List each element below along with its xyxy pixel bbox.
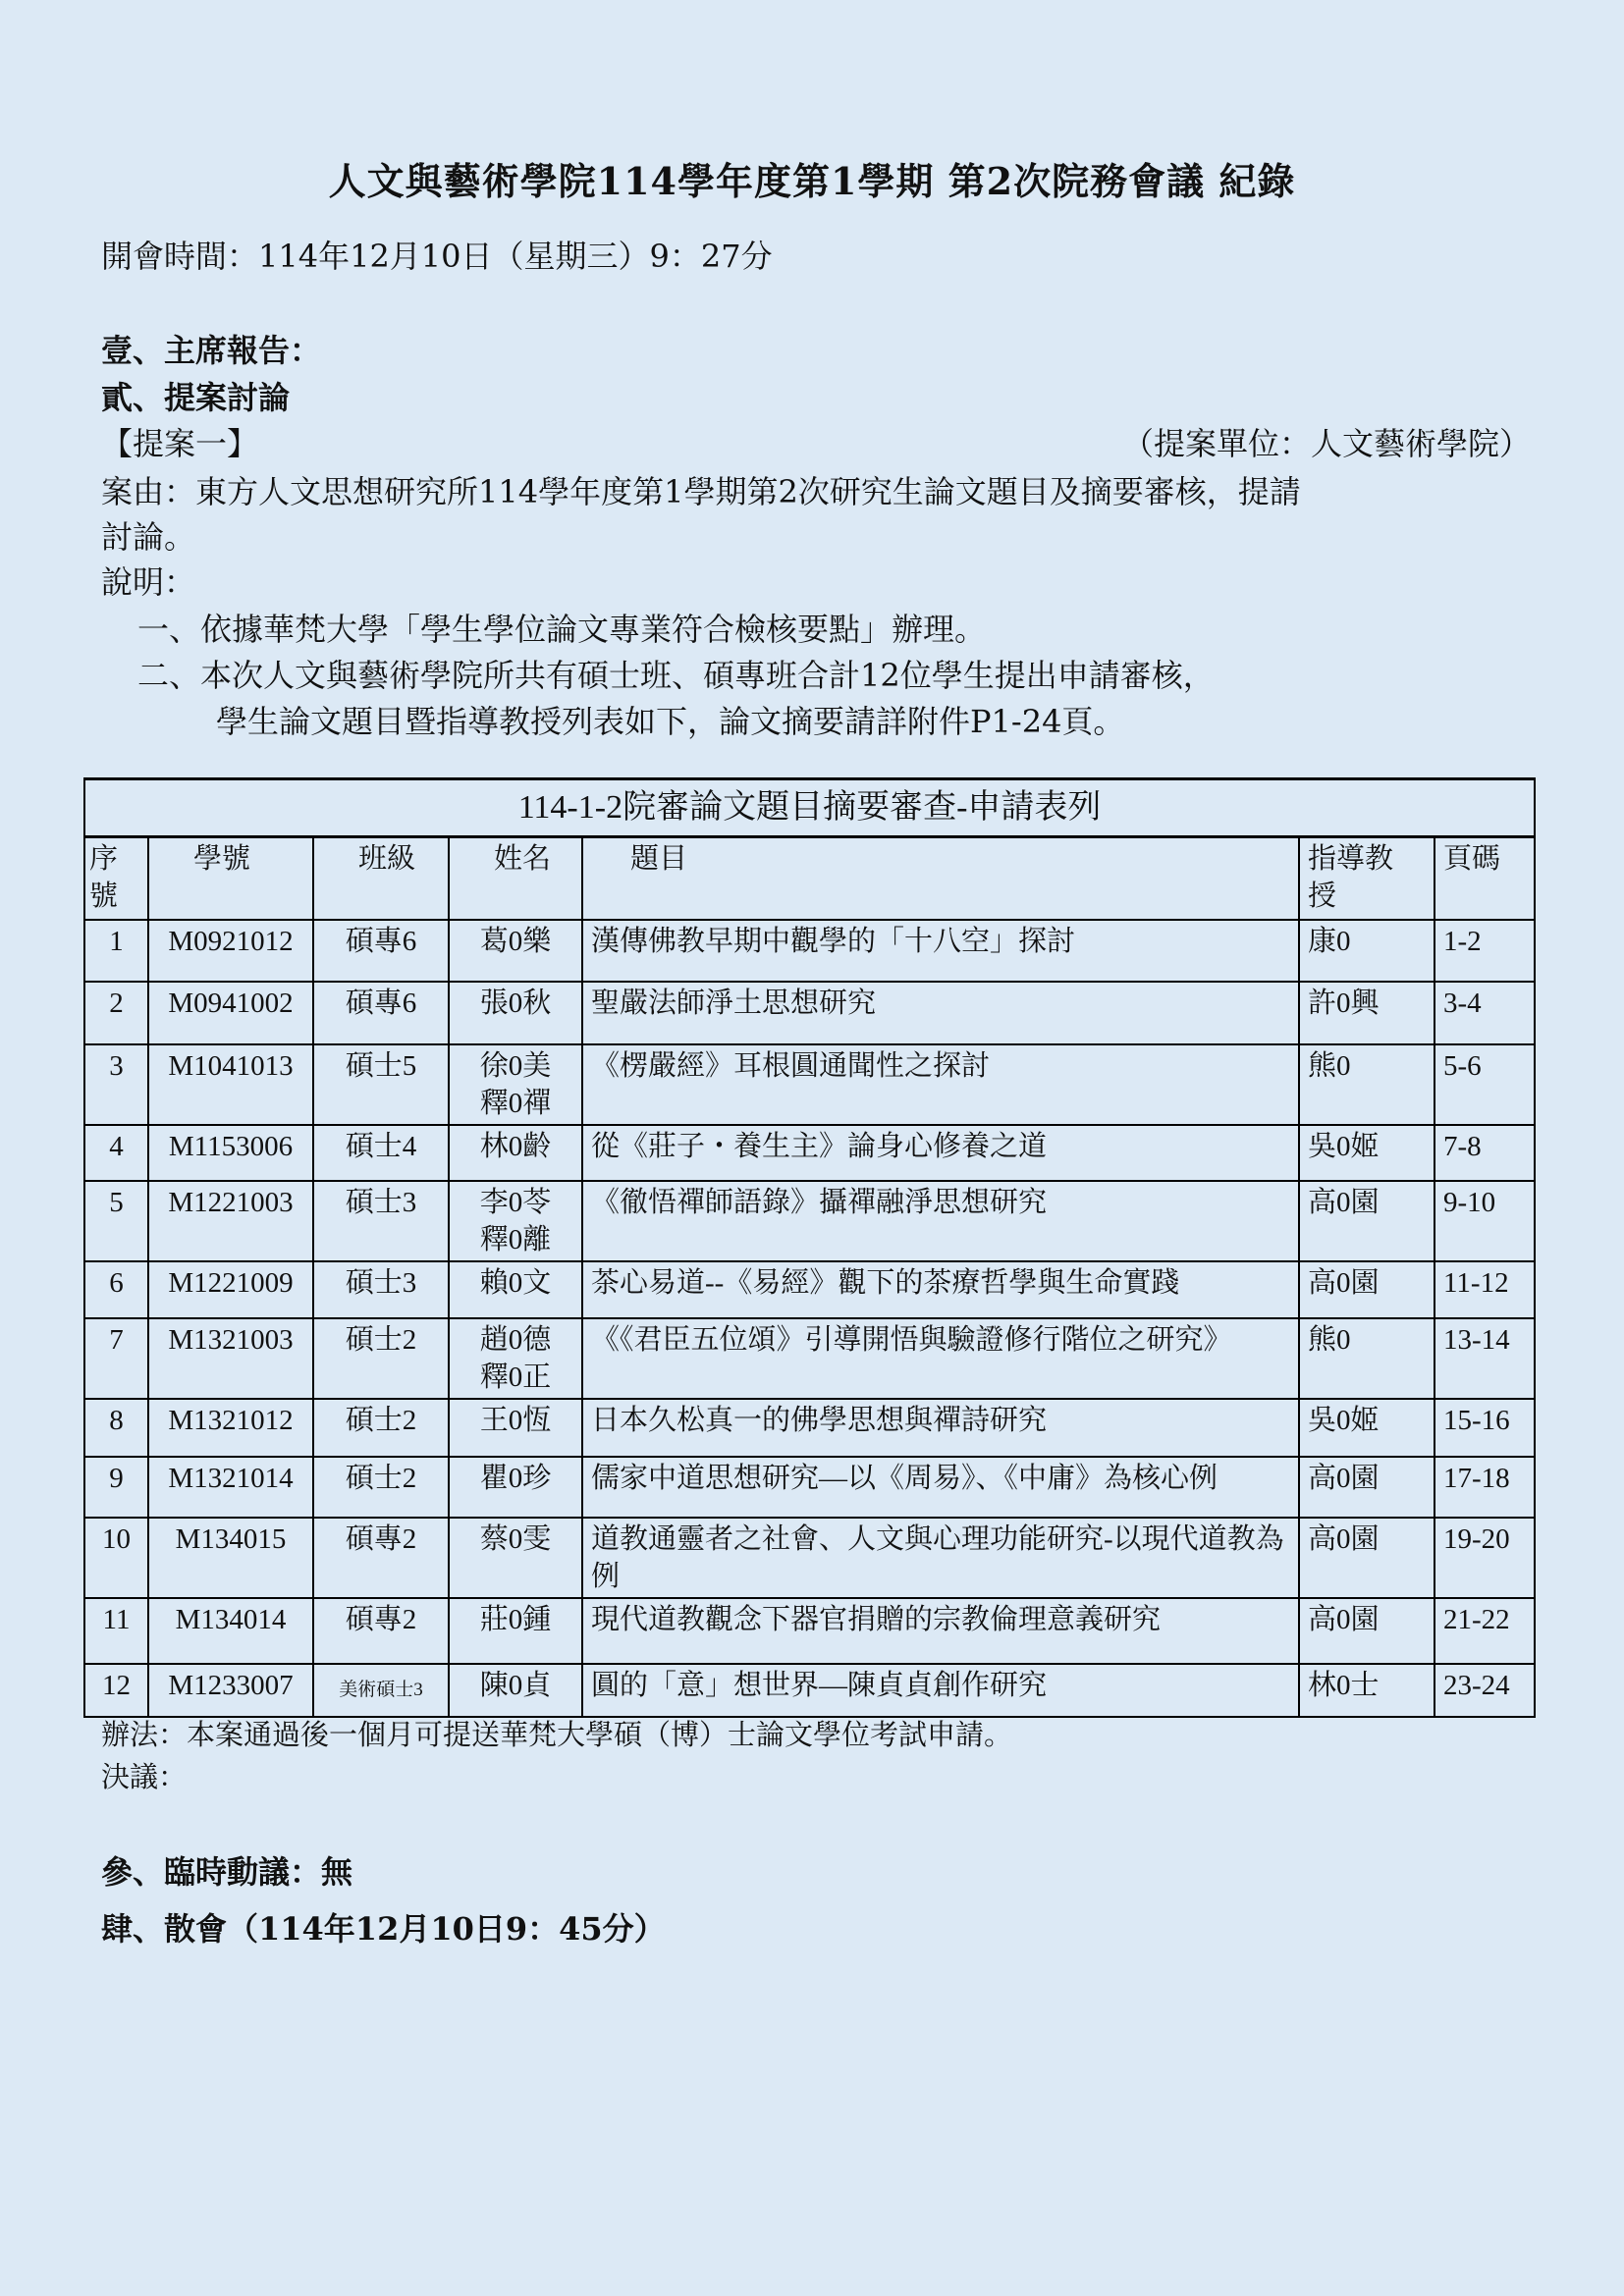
- row-advisor: 高0園: [1299, 1518, 1435, 1598]
- row-student-id: M134015: [148, 1518, 313, 1598]
- row-pages: 3-4: [1435, 982, 1535, 1044]
- row-class: 碩士3: [313, 1261, 449, 1318]
- row-topic: 《徹悟禪師語錄》攝禪融淨思想研究: [582, 1181, 1299, 1261]
- row-topic: 道教通靈者之社會、人文與心理功能研究-以現代道教為例: [582, 1518, 1299, 1598]
- row-student-id: M1321014: [148, 1457, 313, 1518]
- row-name: 蔡0雯: [449, 1518, 582, 1598]
- row-name: 賴0文: [449, 1261, 582, 1318]
- row-no: 2: [84, 982, 148, 1044]
- row-name: 王0恆: [449, 1399, 582, 1457]
- section-proposals: 貳、提案討論: [101, 373, 290, 418]
- table-row: 6M1221009碩士3賴0文茶心易道--《易經》觀下的茶療哲學與生命實踐高0園…: [84, 1261, 1535, 1318]
- row-student-id: M0941002: [148, 982, 313, 1044]
- explanation-item-2-cont: 學生論文題目暨指導教授列表如下，論文摘要請詳附件P1-24頁。: [216, 697, 1124, 742]
- method-text: 辦法：本案通過後一個月可提送華梵大學碩（博）士論文學位考試申請。: [101, 1713, 1012, 1753]
- row-advisor: 高0園: [1299, 1457, 1435, 1518]
- row-no: 4: [84, 1125, 148, 1181]
- row-pages: 1-2: [1435, 920, 1535, 982]
- row-pages: 23-24: [1435, 1664, 1535, 1717]
- table-row: 12M1233007美術碩士3陳0貞圓的「意」想世界—陳貞貞創作研究林0士23-…: [84, 1664, 1535, 1717]
- resolution-text: 決議：: [101, 1755, 187, 1795]
- table-row: 5M1221003碩士3李0苓釋0離《徹悟禪師語錄》攝禪融淨思想研究高0園9-1…: [84, 1181, 1535, 1261]
- row-topic: 現代道教觀念下器官捐贈的宗教倫理意義研究: [582, 1598, 1299, 1664]
- row-class: 美術碩士3: [313, 1664, 449, 1717]
- student-name: 趙0德: [458, 1321, 573, 1359]
- row-no: 11: [84, 1598, 148, 1664]
- row-student-id: M1321012: [148, 1399, 313, 1457]
- row-student-id: M1221009: [148, 1261, 313, 1318]
- row-topic: 漢傳佛教早期中觀學的「十八空」探討: [582, 920, 1299, 982]
- student-name: 葛0樂: [458, 923, 573, 960]
- row-class: 碩專6: [313, 982, 449, 1044]
- row-pages: 7-8: [1435, 1125, 1535, 1181]
- section-chair-report: 壹、主席報告：: [101, 326, 321, 371]
- student-name: 林0齡: [458, 1128, 573, 1165]
- row-advisor: 高0園: [1299, 1598, 1435, 1664]
- row-student-id: M1321003: [148, 1318, 313, 1399]
- row-pages: 13-14: [1435, 1318, 1535, 1399]
- row-pages: 5-6: [1435, 1044, 1535, 1125]
- row-student-id: M1221003: [148, 1181, 313, 1261]
- table-row: 10M134015碩專2蔡0雯道教通靈者之社會、人文與心理功能研究-以現代道教為…: [84, 1518, 1535, 1598]
- row-no: 3: [84, 1044, 148, 1125]
- row-student-id: M1233007: [148, 1664, 313, 1717]
- header-advisor: 指導教 授: [1299, 837, 1435, 921]
- row-advisor: 許0興: [1299, 982, 1435, 1044]
- student-name: 徐0美: [458, 1047, 573, 1085]
- table-caption: 114-1-2院審論文題目摘要審查-申請表列: [84, 779, 1535, 837]
- header-no: 序 號: [84, 837, 148, 921]
- section-extempore-motion: 參、臨時動議：無: [101, 1847, 352, 1893]
- row-no: 9: [84, 1457, 148, 1518]
- row-name: 陳0貞: [449, 1664, 582, 1717]
- row-name: 張0秋: [449, 982, 582, 1044]
- row-topic: 《楞嚴經》耳根圓通聞性之探討: [582, 1044, 1299, 1125]
- row-class: 碩專2: [313, 1518, 449, 1598]
- proposal-cause-line1: 案由：東方人文思想研究所114學年度第1學期第2次研究生論文題目及摘要審核，提請: [101, 467, 1301, 512]
- row-pages: 11-12: [1435, 1261, 1535, 1318]
- row-topic: 聖嚴法師淨土思想研究: [582, 982, 1299, 1044]
- row-advisor: 吳0姬: [1299, 1399, 1435, 1457]
- row-advisor: 吳0姬: [1299, 1125, 1435, 1181]
- row-class: 碩士4: [313, 1125, 449, 1181]
- thesis-application-table: 114-1-2院審論文題目摘要審查-申請表列 序 號 學號 班級 姓名 題目 指…: [83, 777, 1536, 1718]
- row-student-id: M1041013: [148, 1044, 313, 1125]
- student-name-2: 釋0正: [458, 1359, 573, 1396]
- row-pages: 21-22: [1435, 1598, 1535, 1664]
- table-row: 9M1321014碩士2瞿0珍儒家中道思想研究—以《周易》、《中庸》為核心例高0…: [84, 1457, 1535, 1518]
- student-name: 蔡0雯: [458, 1521, 573, 1558]
- row-advisor: 熊0: [1299, 1044, 1435, 1125]
- row-pages: 19-20: [1435, 1518, 1535, 1598]
- student-name: 賴0文: [458, 1264, 573, 1302]
- row-topic: 從《莊子・養生主》論身心修養之道: [582, 1125, 1299, 1181]
- row-student-id: M0921012: [148, 920, 313, 982]
- row-class: 碩士5: [313, 1044, 449, 1125]
- row-student-id: M134014: [148, 1598, 313, 1664]
- row-name: 林0齡: [449, 1125, 582, 1181]
- row-advisor: 高0園: [1299, 1181, 1435, 1261]
- row-no: 1: [84, 920, 148, 982]
- student-name: 王0恆: [458, 1402, 573, 1439]
- header-student-id: 學號: [148, 837, 313, 921]
- proposal-label: 【提案一】: [101, 419, 258, 464]
- student-name: 莊0鍾: [458, 1601, 573, 1638]
- row-no: 5: [84, 1181, 148, 1261]
- student-name: 陳0貞: [458, 1667, 573, 1704]
- proposal-unit: （提案單位：人文藝術學院）: [1122, 419, 1531, 464]
- table-row: 7M1321003碩士2趙0德釋0正《《君臣五位頌》引導開悟與驗證修行階位之研究…: [84, 1318, 1535, 1399]
- row-no: 7: [84, 1318, 148, 1399]
- row-class: 碩專2: [313, 1598, 449, 1664]
- row-class: 碩士2: [313, 1318, 449, 1399]
- row-name: 徐0美釋0禪: [449, 1044, 582, 1125]
- row-class: 碩士3: [313, 1181, 449, 1261]
- row-name: 葛0樂: [449, 920, 582, 982]
- header-class: 班級: [313, 837, 449, 921]
- row-topic: 日本久松真一的佛學思想與禪詩研究: [582, 1399, 1299, 1457]
- row-student-id: M1153006: [148, 1125, 313, 1181]
- document-title: 人文與藝術學院114學年度第1學期 第2次院務會議 紀錄: [0, 151, 1624, 205]
- row-class: 碩士2: [313, 1457, 449, 1518]
- explanation-item-1: 一、依據華梵大學「學生學位論文專業符合檢核要點」辦理。: [137, 605, 986, 650]
- row-topic: 圓的「意」想世界—陳貞貞創作研究: [582, 1664, 1299, 1717]
- section-adjournment: 肆、散會（114年12月10日9：45分）: [101, 1904, 666, 1949]
- table-header-row: 序 號 學號 班級 姓名 題目 指導教 授 頁碼: [84, 837, 1535, 921]
- row-advisor: 熊0: [1299, 1318, 1435, 1399]
- table-row: 4M1153006碩士4林0齡從《莊子・養生主》論身心修養之道吳0姬7-8: [84, 1125, 1535, 1181]
- row-pages: 15-16: [1435, 1399, 1535, 1457]
- table-row: 1M0921012碩專6葛0樂漢傳佛教早期中觀學的「十八空」探討康01-2: [84, 920, 1535, 982]
- row-advisor: 高0園: [1299, 1261, 1435, 1318]
- row-pages: 9-10: [1435, 1181, 1535, 1261]
- student-name: 張0秋: [458, 985, 573, 1022]
- header-name: 姓名: [449, 837, 582, 921]
- explanation-label: 說明：: [101, 558, 195, 603]
- row-advisor: 康0: [1299, 920, 1435, 982]
- row-class: 碩專6: [313, 920, 449, 982]
- table-row: 2M0941002碩專6張0秋聖嚴法師淨土思想研究許0興3-4: [84, 982, 1535, 1044]
- explanation-item-2: 二、本次人文與藝術學院所共有碩士班、碩專班合計12位學生提出申請審核，: [137, 651, 1215, 696]
- row-no: 12: [84, 1664, 148, 1717]
- row-no: 6: [84, 1261, 148, 1318]
- proposal-cause-line2: 討論。: [101, 512, 195, 558]
- header-topic: 題目: [582, 837, 1299, 921]
- row-name: 趙0德釋0正: [449, 1318, 582, 1399]
- header-pages: 頁碼: [1435, 837, 1535, 921]
- row-no: 8: [84, 1399, 148, 1457]
- row-pages: 17-18: [1435, 1457, 1535, 1518]
- row-topic: 《《君臣五位頌》引導開悟與驗證修行階位之研究》: [582, 1318, 1299, 1399]
- row-topic: 茶心易道--《易經》觀下的茶療哲學與生命實踐: [582, 1261, 1299, 1318]
- meeting-time: 開會時間：114年12月10日（星期三）9：27分: [101, 232, 773, 277]
- student-name-2: 釋0離: [458, 1221, 573, 1258]
- table-row: 8M1321012碩士2王0恆日本久松真一的佛學思想與禪詩研究吳0姬15-16: [84, 1399, 1535, 1457]
- table-row: 11M134014碩專2莊0鍾現代道教觀念下器官捐贈的宗教倫理意義研究高0園21…: [84, 1598, 1535, 1664]
- student-name: 李0苓: [458, 1184, 573, 1221]
- row-class: 碩士2: [313, 1399, 449, 1457]
- student-name: 瞿0珍: [458, 1460, 573, 1497]
- row-advisor: 林0士: [1299, 1664, 1435, 1717]
- row-topic: 儒家中道思想研究—以《周易》、《中庸》為核心例: [582, 1457, 1299, 1518]
- table-row: 3M1041013碩士5徐0美釋0禪《楞嚴經》耳根圓通聞性之探討熊05-6: [84, 1044, 1535, 1125]
- row-no: 10: [84, 1518, 148, 1598]
- row-name: 李0苓釋0離: [449, 1181, 582, 1261]
- row-name: 瞿0珍: [449, 1457, 582, 1518]
- student-name-2: 釋0禪: [458, 1085, 573, 1122]
- row-name: 莊0鍾: [449, 1598, 582, 1664]
